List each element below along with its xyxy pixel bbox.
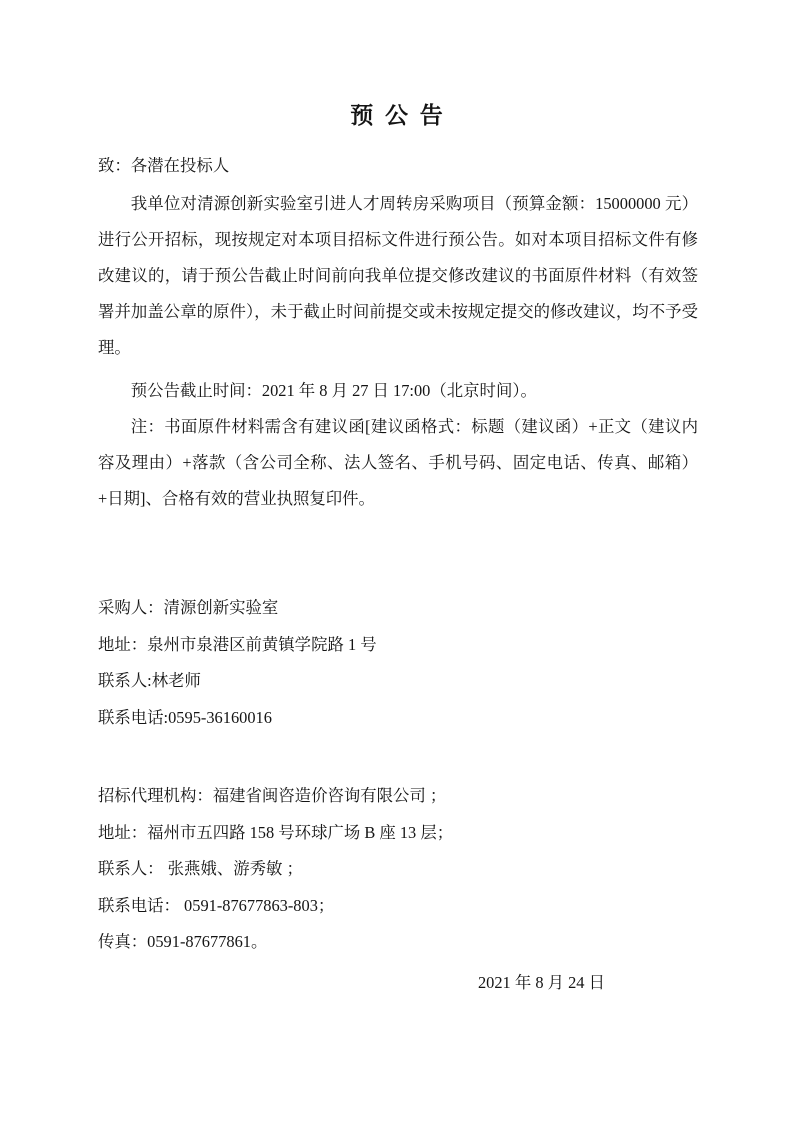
document-title: 预 公 告 [98,101,698,131]
body-paragraph: 我单位对清源创新实验室引进人才周转房采购项目（预算金额：15000000 元）进… [98,186,698,366]
purchaser-phone-line: 联系电话:0595-36160016 [98,700,698,737]
agency-contact-line: 联系人： 张燕娥、游秀敏 ； [98,851,698,888]
agency-fax-line: 传真：0591-87677861。 [98,924,698,961]
purchaser-section: 采购人：清源创新实验室 地址：泉州市泉港区前黄镇学院路 1 号 联系人:林老师 … [98,590,698,736]
agency-section: 招标代理机构：福建省闽咨造价咨询有限公司 ； 地址：福州市五四路 158 号环球… [98,778,698,961]
deadline-paragraph: 预公告截止时间：2021 年 8 月 27 日 17:00（北京时间）。 [98,373,698,409]
purchaser-name-line: 采购人：清源创新实验室 [98,590,698,627]
salutation-line: 致：各潜在投标人 [98,148,698,184]
purchaser-contact-line: 联系人:林老师 [98,663,698,700]
agency-phone-line: 联系电话： 0591-87677863-803； [98,888,698,925]
purchaser-address-line: 地址：泉州市泉港区前黄镇学院路 1 号 [98,627,698,664]
note-paragraph: 注：书面原件材料需含有建议函[建议函格式：标题（建议函）+正文（建议内容及理由）… [98,409,698,517]
agency-name-line: 招标代理机构：福建省闽咨造价咨询有限公司 ； [98,778,698,815]
agency-address-line: 地址：福州市五四路 158 号环球广场 B 座 13 层； [98,815,698,852]
document-page: 预 公 告 致：各潜在投标人 我单位对清源创新实验室引进人才周转房采购项目（预算… [0,0,793,1122]
issue-date: 2021 年 8 月 24 日 [98,965,698,1001]
